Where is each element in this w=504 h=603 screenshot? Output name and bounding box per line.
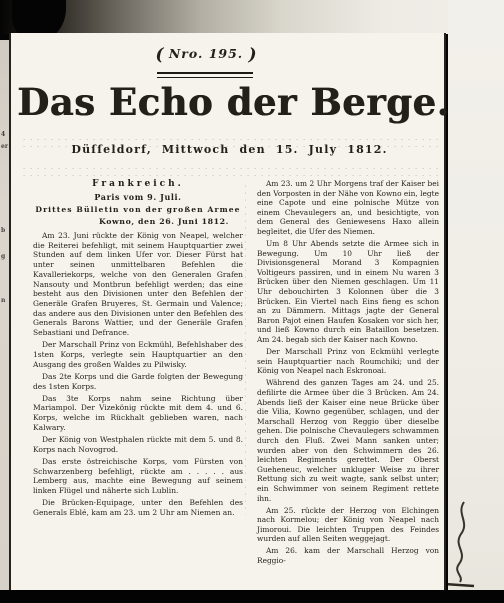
- margin-text-fragment: n: [1, 298, 5, 304]
- wavy-column-rule: [245, 181, 253, 515]
- article-paragraph: Um 8 Uhr Abends setzte die Armee sich in…: [257, 239, 439, 345]
- issue-number-label: Nro. 195.: [169, 46, 243, 61]
- article-paragraph: Das 2te Korps und die Garde folgten der …: [33, 372, 243, 391]
- previous-page-edge: 4 er b g n: [0, 40, 9, 590]
- margin-text-fragment: 4: [1, 132, 5, 138]
- article-paragraph: Der Marschall Prinz von Eckmühl verlegte…: [257, 347, 439, 376]
- scanned-newspaper-photo: 4 er b g n ( Nro. 195. ) Das Echo der Be…: [0, 0, 504, 603]
- column-divider: [243, 179, 257, 566]
- article-paragraph: Am 25. rückte der Herzog von Elchingen n…: [257, 506, 439, 544]
- wavy-rule: [19, 168, 441, 176]
- right-column: Am 23. um 2 Uhr Morgens traf der Kaiser …: [257, 179, 439, 566]
- margin-text-fragment: g: [1, 254, 5, 260]
- article-paragraph: Das 3te Korps nahm seine Richtung über M…: [33, 394, 243, 433]
- article-paragraph: Die Brücken-Equipage, unter den Befehlen…: [33, 498, 243, 517]
- city-dateline: Paris vom 9. Juli.: [33, 192, 243, 202]
- scan-background-top: [0, 0, 504, 34]
- issue-dateline: Düſſeldorf, Mittwoch den 15. July 1812.: [19, 143, 440, 156]
- double-rule: [157, 72, 253, 78]
- article-paragraph: Der König von Westphalen rückte mit dem …: [33, 435, 243, 454]
- newspaper-title: Das Echo der Berge.: [17, 81, 442, 124]
- adjacent-page-area: [448, 0, 504, 590]
- bulletin-header: Drittes Bülletin von der großen Armee: [33, 205, 243, 214]
- left-column: Frankreich. Paris vom 9. Juli. Drittes B…: [33, 179, 243, 566]
- article-paragraph: Das erste östreichische Korps, vom Fürst…: [33, 457, 243, 496]
- newspaper-page: ( Nro. 195. ) Das Echo der Berge.: [9, 33, 446, 590]
- page-crease-mark: [448, 498, 482, 590]
- issue-number: ( Nro. 195. ): [121, 45, 291, 65]
- article-paragraph: Am 23. um 2 Uhr Morgens traf der Kaiser …: [257, 179, 439, 237]
- issue-paren-open: (: [155, 45, 163, 65]
- article-columns: Frankreich. Paris vom 9. Juli. Drittes B…: [33, 179, 439, 566]
- article-paragraph: Während des ganzen Tages am 24. und 25. …: [257, 378, 439, 503]
- margin-text-fragment: b: [1, 228, 5, 234]
- article-paragraph: Am 26. kam der Marschall Herzog von Regg…: [257, 546, 439, 565]
- article-paragraph: Der Marschall Prinz von Eckmühl, Befehls…: [33, 340, 243, 369]
- section-header-country: Frankreich.: [33, 179, 243, 189]
- bulletin-dateline: Kowno, den 26. Juni 1812.: [33, 217, 243, 226]
- article-paragraph: Am 23. Juni rückte der König von Neapel,…: [33, 231, 243, 338]
- issue-paren-close: ): [249, 45, 257, 65]
- margin-text-fragment: er: [1, 144, 8, 150]
- scan-background-bottom: [0, 590, 504, 603]
